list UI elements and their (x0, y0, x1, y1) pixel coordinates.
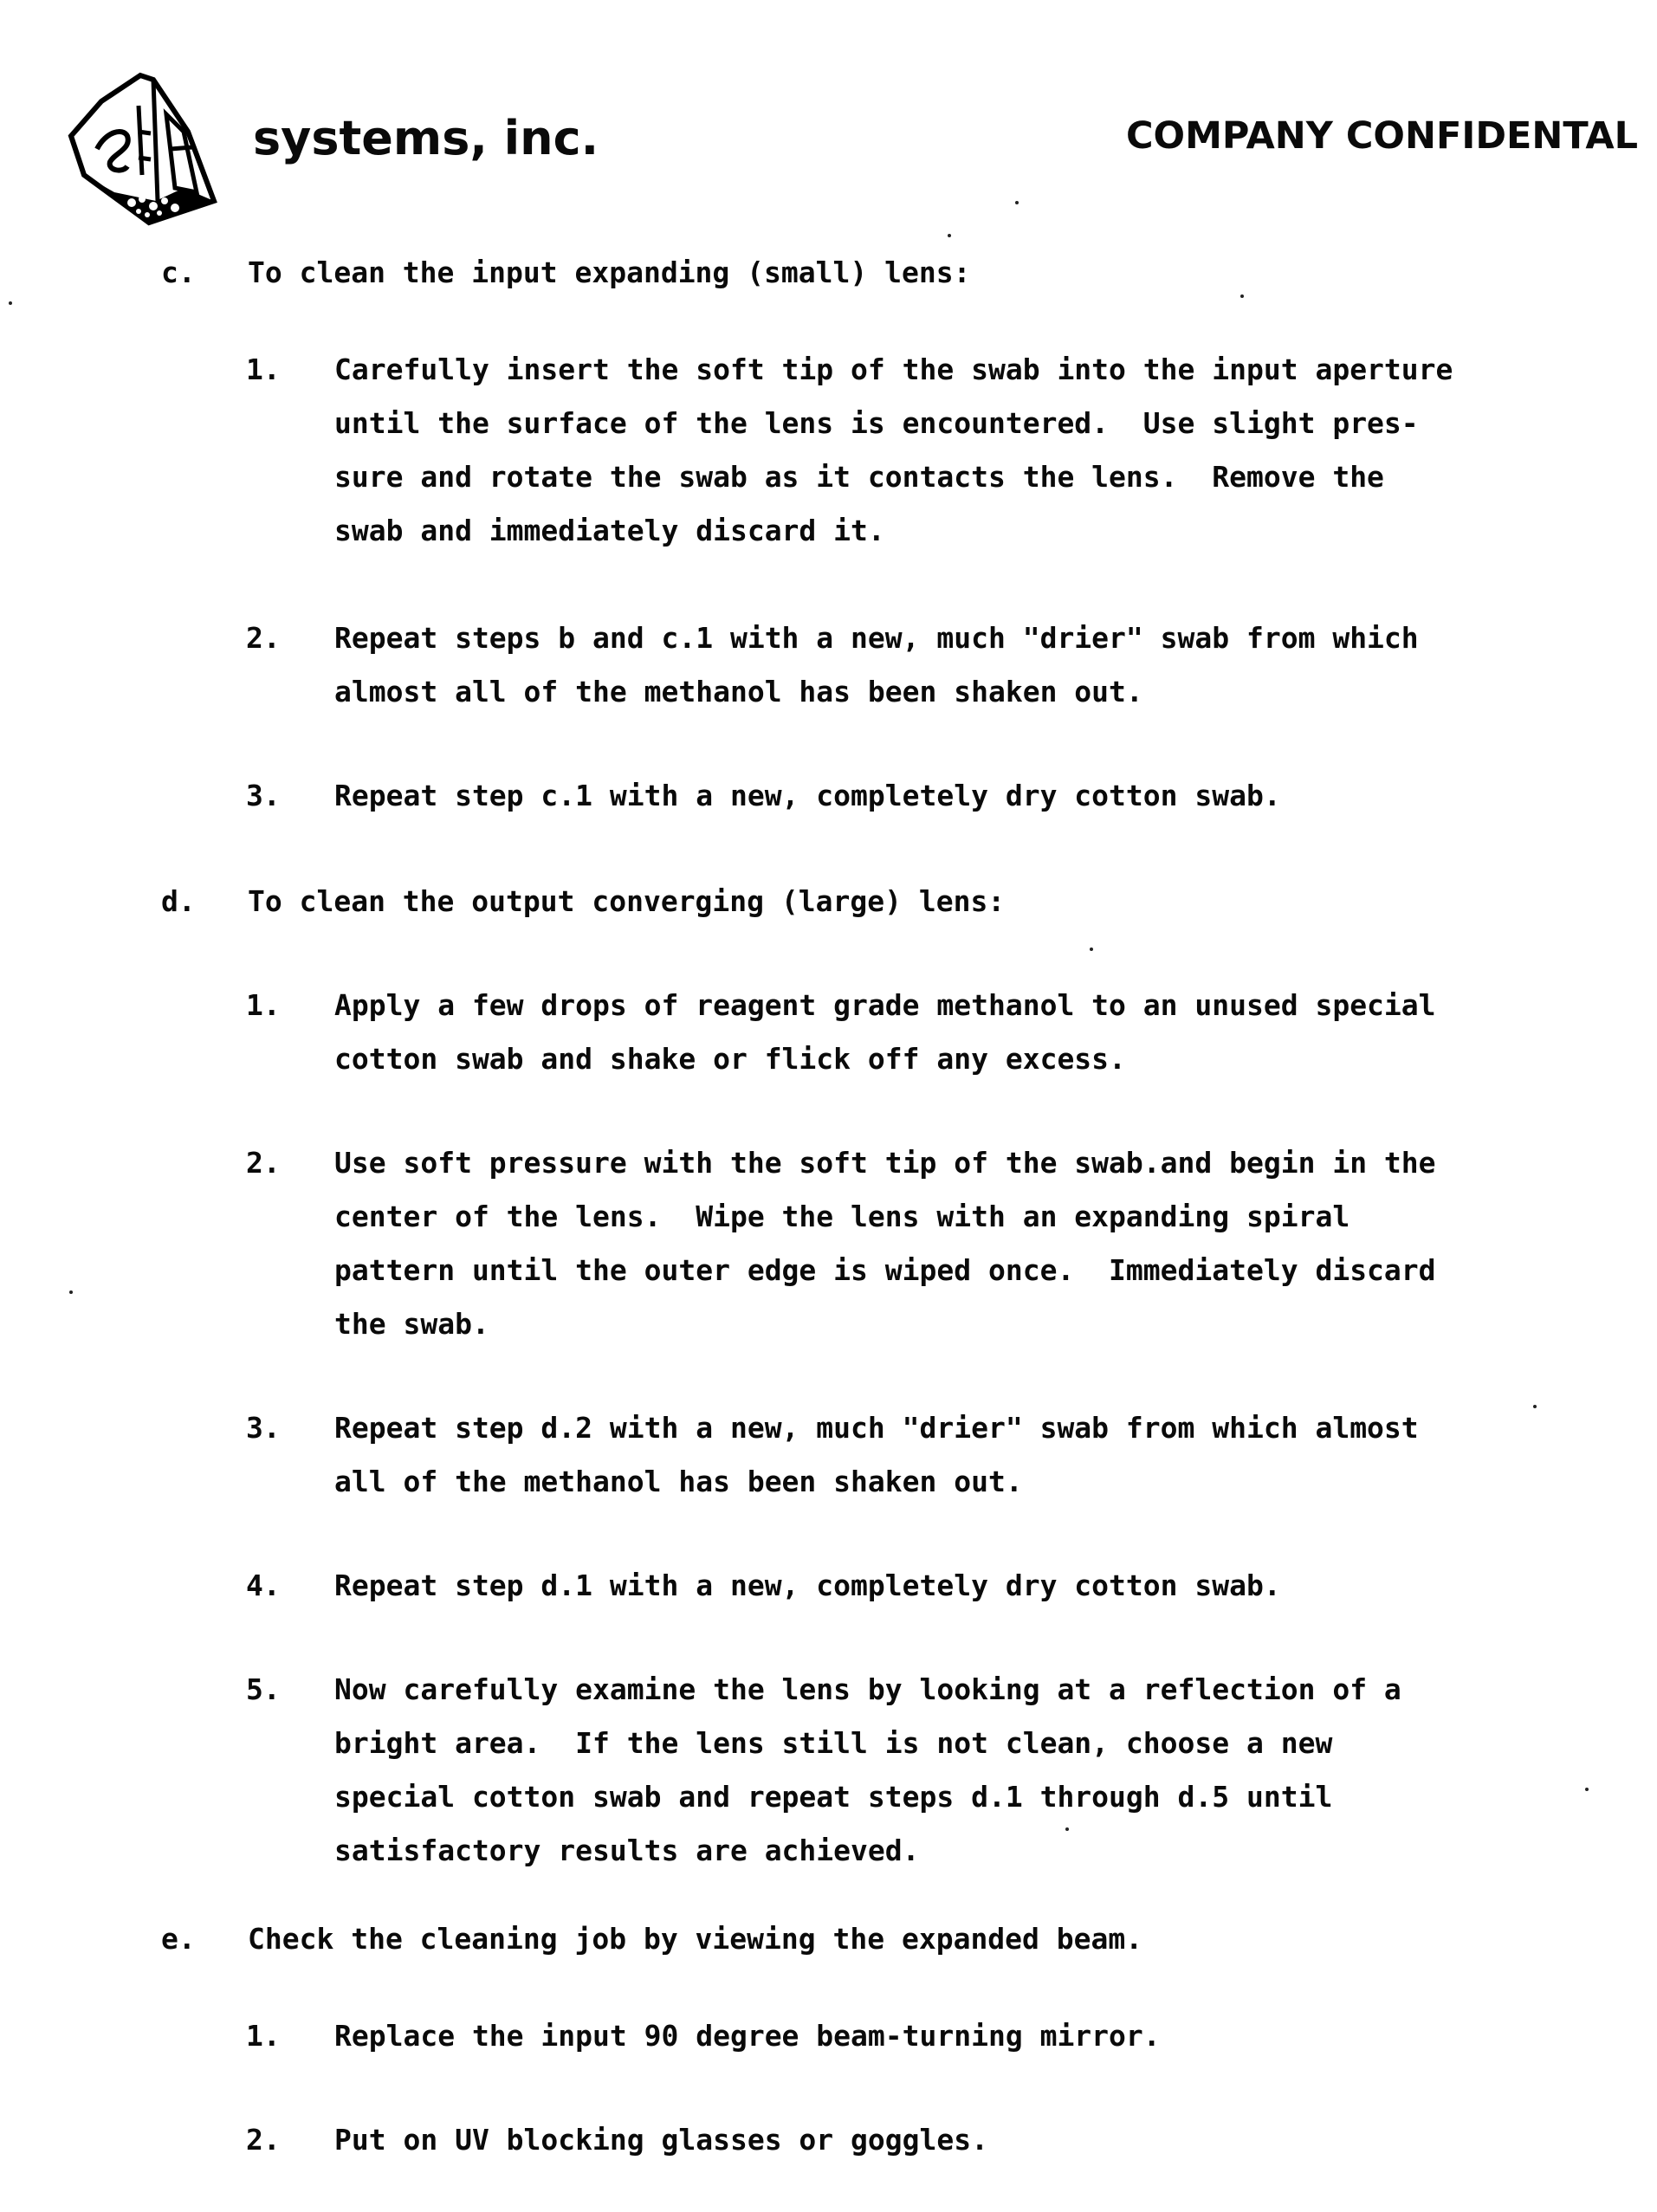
item-label: 2. (246, 2113, 281, 2167)
item-line: almost all of the methanol has been shak… (334, 665, 1143, 719)
item-label: 2. (246, 1136, 281, 1190)
item-line: special cotton swab and repeat steps d.1… (334, 1770, 1332, 1824)
item-label: 1. (246, 343, 281, 397)
scan-speck (1015, 201, 1019, 204)
item-line: bright area. If the lens still is not cl… (334, 1717, 1332, 1770)
item-line: cotton swab and shake or flick off any e… (334, 1032, 1126, 1086)
scan-speck (69, 1290, 73, 1294)
item-line: swab and immediately discard it. (334, 504, 885, 558)
3d-systems-cube-logo-icon (45, 54, 253, 227)
item-line: Apply a few drops of reagent grade metha… (334, 979, 1436, 1032)
item-line: satisfactory results are achieved. (334, 1824, 920, 1878)
item-line: Put on UV blocking glasses or goggles. (334, 2113, 988, 2167)
section-label: c. (161, 246, 196, 300)
scan-speck (948, 234, 951, 237)
scan-speck (1065, 1827, 1069, 1831)
item-label: 1. (246, 2009, 281, 2063)
confidential-label: COMPANY CONFIDENTAL (1126, 114, 1638, 158)
scan-speck (1585, 1788, 1589, 1791)
section-title: Check the cleaning job by viewing the ex… (248, 1912, 1142, 1966)
item-line: center of the lens. Wipe the lens with a… (334, 1190, 1350, 1244)
scan-speck (9, 301, 12, 305)
item-label: 2. (246, 611, 281, 665)
item-line: Replace the input 90 degree beam-turning… (334, 2009, 1161, 2063)
section-title: To clean the input expanding (small) len… (248, 246, 970, 300)
item-line: all of the methanol has been shaken out. (334, 1455, 1023, 1509)
item-line: Now carefully examine the lens by lookin… (334, 1663, 1401, 1717)
item-line: Use soft pressure with the soft tip of t… (334, 1136, 1436, 1190)
item-label: 5. (246, 1663, 281, 1717)
item-line: Repeat step d.2 with a new, much "drier"… (334, 1401, 1419, 1455)
section-title: To clean the output converging (large) l… (248, 875, 1005, 928)
company-name: systems, inc. (253, 111, 599, 165)
scan-speck (1533, 1405, 1537, 1408)
item-line: until the surface of the lens is encount… (334, 397, 1419, 450)
item-label: 3. (246, 769, 281, 823)
item-label: 1. (246, 979, 281, 1032)
item-label: 4. (246, 1559, 281, 1613)
item-line: sure and rotate the swab as it contacts … (334, 450, 1384, 504)
scan-speck (1240, 294, 1244, 298)
item-line: Carefully insert the soft tip of the swa… (334, 343, 1453, 397)
item-line: Repeat step d.1 with a new, completely d… (334, 1559, 1281, 1613)
section-label: d. (161, 875, 196, 928)
item-label: 3. (246, 1401, 281, 1455)
item-line: the swab. (334, 1297, 489, 1351)
page-header: systems, inc. COMPANY CONFIDENTAL (0, 0, 1657, 225)
section-label: e. (161, 1912, 196, 1966)
item-line: Repeat steps b and c.1 with a new, much … (334, 611, 1419, 665)
scan-speck (1090, 948, 1093, 951)
item-line: pattern until the outer edge is wiped on… (334, 1244, 1436, 1297)
item-line: Repeat step c.1 with a new, completely d… (334, 769, 1281, 823)
